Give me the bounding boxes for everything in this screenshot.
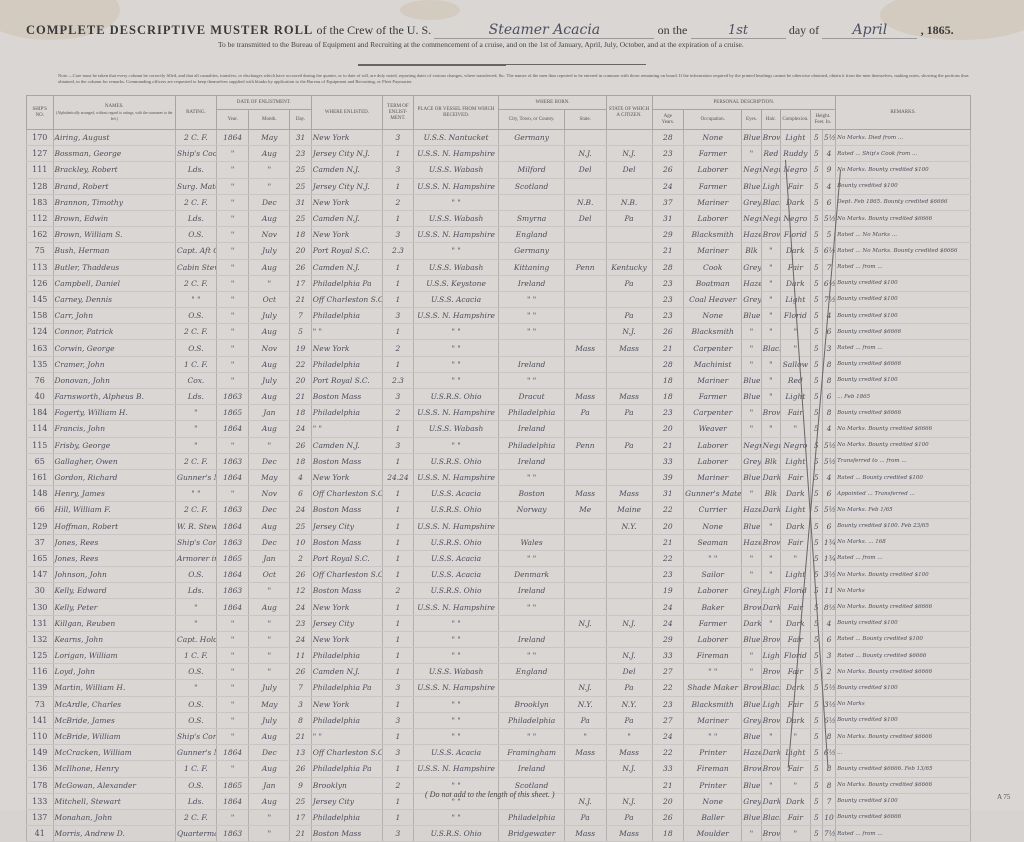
- table-row: 110McBride, WilliamShip's Corp."Aug21" "…: [27, 728, 971, 744]
- remarks-cell: No Marks. Bounty credited $6666: [836, 777, 971, 793]
- table-row: 30Kelly, EdwardLds.1863"12Boston Mass2U.…: [27, 583, 971, 599]
- year-cell: 1864: [216, 599, 249, 615]
- rating-cell: Lds.: [175, 210, 216, 226]
- birth-city-cell: [499, 194, 564, 210]
- table-row: 76Donovan, JohnCox."July20Port Royal S.C…: [27, 372, 971, 388]
- term-cell: 1: [383, 324, 414, 340]
- ships-no-cell: 178: [27, 777, 54, 793]
- col-date-of-enlistment: Date of Enlistment.: [216, 96, 311, 110]
- where-enlisted-cell: New York: [311, 696, 382, 712]
- where-enlisted-cell: Camden N.J.: [311, 162, 382, 178]
- term-cell: 1: [383, 599, 414, 615]
- where-enlisted-cell: Boston Mass: [311, 534, 382, 550]
- received-from-cell: U.S.S. Acacia: [413, 486, 499, 502]
- month-cell: ": [249, 615, 290, 631]
- col-city: City, Town, or County.: [499, 110, 564, 130]
- remarks-cell: Bounty credited $100: [836, 275, 971, 291]
- eyes-cell: ": [742, 648, 761, 664]
- birth-city-cell: [499, 340, 564, 356]
- eyes-cell: Brown: [742, 761, 761, 777]
- birth-state-cell: Mass: [564, 340, 606, 356]
- rating-cell: W. R. Steward: [175, 518, 216, 534]
- name-cell: Mitchell, Stewart: [53, 793, 175, 809]
- day-cell: 22: [290, 356, 311, 372]
- where-enlisted-cell: Jersey City N.J.: [311, 146, 382, 162]
- occupation-cell: Currier: [684, 502, 742, 518]
- received-from-cell: U.S.R.S. Ohio: [413, 502, 499, 518]
- day-cell: 19: [290, 340, 311, 356]
- remarks-cell: No Marks. Bounty credited $100: [836, 437, 971, 453]
- received-from-cell: " ": [413, 356, 499, 372]
- name-cell: Gallagher, Owen: [53, 453, 175, 469]
- age-cell: 27: [652, 664, 684, 680]
- birth-state-cell: N.J.: [564, 680, 606, 696]
- where-enlisted-cell: New York: [311, 130, 382, 146]
- year-cell: 1865: [216, 550, 249, 566]
- term-cell: 1: [383, 356, 414, 372]
- remarks-cell: ...: [836, 745, 971, 761]
- remarks-cell: Bounty credited $100: [836, 712, 971, 728]
- table-row: 148Henry, James" ""Nov6Off Charleston S.…: [27, 486, 971, 502]
- name-cell: Brown, William S.: [53, 227, 175, 243]
- hair-cell: Dark: [761, 793, 780, 809]
- where-enlisted-cell: Philadelphia: [311, 308, 382, 324]
- month-cell: ": [249, 178, 290, 194]
- height-inches-cell: 7: [822, 793, 835, 809]
- month-cell: Oct: [249, 567, 290, 583]
- col-complexion: Complexion.: [781, 110, 811, 130]
- where-enlisted-cell: " ": [311, 421, 382, 437]
- where-enlisted-cell: Camden N.J.: [311, 210, 382, 226]
- muster-roll-table: Ship's No. Names.(Alphabetically arrange…: [26, 95, 971, 810]
- received-from-cell: U.S.S. N. Hampshire: [413, 178, 499, 194]
- eyes-cell: ": [742, 567, 761, 583]
- where-enlisted-cell: New York: [311, 340, 382, 356]
- citizen-state-cell: [606, 453, 652, 469]
- height-feet-cell: 5: [810, 745, 822, 761]
- year-cell: ": [216, 227, 249, 243]
- received-from-cell: U.S.S. N. Hampshire: [413, 308, 499, 324]
- ships-no-cell: 116: [27, 664, 54, 680]
- ships-no-cell: 65: [27, 453, 54, 469]
- birth-city-cell: " ": [499, 599, 564, 615]
- remarks-cell: Rated ... No Marks ...: [836, 227, 971, 243]
- rating-cell: Surg. Mate: [175, 178, 216, 194]
- where-enlisted-cell: Boston Mass: [311, 453, 382, 469]
- birth-city-cell: Philadelphia: [499, 437, 564, 453]
- occupation-cell: Seaman: [684, 534, 742, 550]
- hair-cell: ": [761, 421, 780, 437]
- birth-city-cell: [499, 146, 564, 162]
- table-row: 112Brown, EdwinLds."Aug25Camden N.J.1U.S…: [27, 210, 971, 226]
- occupation-cell: Machinist: [684, 356, 742, 372]
- where-enlisted-cell: Camden N.J.: [311, 259, 382, 275]
- term-cell: 1: [383, 648, 414, 664]
- year-cell: ": [216, 162, 249, 178]
- eyes-cell: Blue: [742, 696, 761, 712]
- roll-body: 170Airing, August2 C. F.1864May31New Yor…: [27, 130, 971, 811]
- age-cell: 21: [652, 534, 684, 550]
- where-enlisted-cell: Port Royal S.C.: [311, 372, 382, 388]
- ships-no-cell: 161: [27, 469, 54, 485]
- rating-cell: O.S.: [175, 340, 216, 356]
- month-cell: Aug: [249, 356, 290, 372]
- complexion-cell: Light: [781, 745, 811, 761]
- citizen-state-cell: N.J.: [606, 761, 652, 777]
- name-cell: Gordon, Richard: [53, 469, 175, 485]
- year-cell: ": [216, 728, 249, 744]
- eyes-cell: Blue: [742, 178, 761, 194]
- day-cell: 10: [290, 534, 311, 550]
- height-inches-cell: 8: [822, 761, 835, 777]
- eyes-cell: ": [742, 340, 761, 356]
- where-enlisted-cell: Philadelphia: [311, 356, 382, 372]
- name-cell: Francis, John: [53, 421, 175, 437]
- rating-cell: O.S.: [175, 777, 216, 793]
- where-enlisted-cell: Philadelphia Pa: [311, 680, 382, 696]
- complexion-cell: Dark: [781, 518, 811, 534]
- age-cell: 29: [652, 631, 684, 647]
- birth-state-cell: Me: [564, 502, 606, 518]
- year-cell: ": [216, 696, 249, 712]
- citizen-state-cell: Kentucky: [606, 259, 652, 275]
- complexion-cell: Fair: [781, 534, 811, 550]
- hair-cell: ": [761, 615, 780, 631]
- complexion-cell: ": [781, 777, 811, 793]
- age-cell: 24: [652, 599, 684, 615]
- received-from-cell: U.S.R.S. Ohio: [413, 583, 499, 599]
- height-inches-cell: 6: [822, 518, 835, 534]
- birth-city-cell: " ": [499, 308, 564, 324]
- where-enlisted-cell: Philadelphia: [311, 648, 382, 664]
- term-cell: 2.3: [383, 372, 414, 388]
- birth-city-cell: Scotland: [499, 178, 564, 194]
- height-inches-cell: 4: [822, 615, 835, 631]
- birth-state-cell: [564, 308, 606, 324]
- occupation-cell: Blacksmith: [684, 324, 742, 340]
- col-day: Day.: [290, 110, 311, 130]
- age-cell: 21: [652, 777, 684, 793]
- occupation-cell: " ": [684, 664, 742, 680]
- month-cell: Nov: [249, 227, 290, 243]
- month-cell: Aug: [249, 761, 290, 777]
- day-cell: 11: [290, 648, 311, 664]
- term-cell: 1: [383, 453, 414, 469]
- received-from-cell: " ": [413, 372, 499, 388]
- years-label: Years.: [654, 120, 683, 126]
- age-cell: 28: [652, 259, 684, 275]
- hair-cell: Dark: [761, 469, 780, 485]
- month-cell: Aug: [249, 259, 290, 275]
- complexion-cell: Fair: [781, 178, 811, 194]
- occupation-cell: Mariner: [684, 372, 742, 388]
- birth-city-cell: Ireland: [499, 761, 564, 777]
- rating-cell: " ": [175, 291, 216, 307]
- where-enlisted-cell: Philadelphia: [311, 405, 382, 421]
- birth-state-cell: Pa: [564, 712, 606, 728]
- citizen-state-cell: [606, 372, 652, 388]
- received-from-cell: U.S.S. N. Hampshire: [413, 518, 499, 534]
- rating-cell: Ship's Corp.: [175, 728, 216, 744]
- term-cell: 2: [383, 777, 414, 793]
- year-cell: 1865: [216, 777, 249, 793]
- name-cell: Connor, Patrick: [53, 324, 175, 340]
- year-cell: 1863: [216, 534, 249, 550]
- age-cell: 23: [652, 275, 684, 291]
- ships-no-cell: 149: [27, 745, 54, 761]
- month-cell: Dec: [249, 194, 290, 210]
- page-code: A 75: [997, 793, 1010, 801]
- citizen-state-cell: Pa: [606, 308, 652, 324]
- divider: [506, 64, 646, 65]
- where-enlisted-cell: Jersey City: [311, 518, 382, 534]
- term-cell: 1: [383, 793, 414, 809]
- remarks-cell: No Marks. Bounty credited $6666: [836, 421, 971, 437]
- subtitle: To be transmitted to the Bureau of Equip…: [218, 40, 744, 49]
- year-cell: ": [216, 243, 249, 259]
- eyes-cell: Negro: [742, 162, 761, 178]
- occupation-cell: Cook: [684, 259, 742, 275]
- height-feet-cell: 5: [810, 777, 822, 793]
- term-cell: 1: [383, 550, 414, 566]
- hair-cell: ": [761, 518, 780, 534]
- remarks-cell: No Marks: [836, 696, 971, 712]
- term-cell: 2.3: [383, 243, 414, 259]
- hair-cell: Brown: [761, 534, 780, 550]
- term-cell: 2: [383, 583, 414, 599]
- name-cell: Brackley, Robert: [53, 162, 175, 178]
- ships-no-cell: 183: [27, 194, 54, 210]
- year-cell: ": [216, 648, 249, 664]
- footer-note: ( Do not add to the length of this sheet…: [425, 790, 555, 799]
- birth-city-cell: Ireland: [499, 583, 564, 599]
- citizen-state-cell: N.J.: [606, 324, 652, 340]
- month-cell: ": [249, 648, 290, 664]
- occupation-cell: Farmer: [684, 146, 742, 162]
- height-inches-cell: 9: [822, 162, 835, 178]
- table-row: 149McCracken, WilliamGunner's Mate1864De…: [27, 745, 971, 761]
- name-cell: Fogerty, William H.: [53, 405, 175, 421]
- month-cell: Aug: [249, 599, 290, 615]
- birth-state-cell: [564, 567, 606, 583]
- rating-cell: Lds.: [175, 389, 216, 405]
- eyes-cell: Dark: [742, 615, 761, 631]
- remarks-cell: Bounty credited $100: [836, 308, 971, 324]
- age-cell: 28: [652, 130, 684, 146]
- birth-city-cell: England: [499, 227, 564, 243]
- received-from-cell: " ": [413, 631, 499, 647]
- where-enlisted-cell: Camden N.J.: [311, 437, 382, 453]
- where-enlisted-cell: Brooklyn: [311, 777, 382, 793]
- received-from-cell: U.S.S. Nantucket: [413, 130, 499, 146]
- complexion-cell: Sallow: [781, 356, 811, 372]
- ships-no-cell: 112: [27, 210, 54, 226]
- hair-cell: Brown: [761, 405, 780, 421]
- occupation-cell: Laborer: [684, 437, 742, 453]
- term-cell: 1: [383, 146, 414, 162]
- eyes-cell: Blue: [742, 777, 761, 793]
- birth-state-cell: ": [564, 728, 606, 744]
- term-cell: 1: [383, 421, 414, 437]
- month-cell: Aug: [249, 210, 290, 226]
- where-enlisted-cell: Jersey City: [311, 615, 382, 631]
- height-inches-cell: 1¾: [822, 534, 835, 550]
- ships-no-cell: 75: [27, 243, 54, 259]
- day-cell: 21: [290, 728, 311, 744]
- year-cell: ": [216, 291, 249, 307]
- term-cell: 1: [383, 259, 414, 275]
- height-inches-cell: 5½: [822, 453, 835, 469]
- height-feet-cell: 5: [810, 178, 822, 194]
- birth-state-cell: [564, 291, 606, 307]
- ships-no-cell: 129: [27, 518, 54, 534]
- complexion-cell: Dark: [781, 793, 811, 809]
- day-cell: 24: [290, 421, 311, 437]
- birth-state-cell: Mass: [564, 389, 606, 405]
- complexion-cell: Negro: [781, 210, 811, 226]
- citizen-state-cell: [606, 583, 652, 599]
- birth-city-cell: [499, 680, 564, 696]
- occupation-cell: Laborer: [684, 631, 742, 647]
- birth-state-cell: [564, 583, 606, 599]
- day-cell: 9: [290, 777, 311, 793]
- height-inches-cell: 5½: [822, 680, 835, 696]
- citizen-state-cell: [606, 599, 652, 615]
- height-feet-cell: 5: [810, 259, 822, 275]
- month-cell: July: [249, 372, 290, 388]
- occupation-cell: Printer: [684, 745, 742, 761]
- name-cell: Hill, William F.: [53, 502, 175, 518]
- age-cell: 22: [652, 502, 684, 518]
- month-cell: ": [249, 437, 290, 453]
- col-age: AgeYears.: [652, 110, 684, 130]
- occupation-cell: Mariner: [684, 194, 742, 210]
- day-cell: 24: [290, 599, 311, 615]
- age-cell: 22: [652, 550, 684, 566]
- rating-cell: 2 C. F.: [175, 453, 216, 469]
- rating-cell: Capt. Hold: [175, 631, 216, 647]
- citizen-state-cell: [606, 777, 652, 793]
- ships-no-cell: 135: [27, 356, 54, 372]
- age-cell: 24: [652, 178, 684, 194]
- rating-cell: Armorer in Charge: [175, 550, 216, 566]
- ships-no-cell: 145: [27, 291, 54, 307]
- year-cell: 1863: [216, 583, 249, 599]
- term-cell: 3: [383, 680, 414, 696]
- term-cell: 1: [383, 615, 414, 631]
- ships-no-cell: 113: [27, 259, 54, 275]
- citizen-state-cell: Maine: [606, 502, 652, 518]
- day-cell: 5: [290, 324, 311, 340]
- ships-no-cell: 115: [27, 437, 54, 453]
- day-cell: 4: [290, 469, 311, 485]
- height-feet-cell: 5: [810, 712, 822, 728]
- where-enlisted-cell: Jersey City: [311, 793, 382, 809]
- col-rating: Rating.: [175, 96, 216, 130]
- height-inches-cell: 6: [822, 194, 835, 210]
- height-feet-cell: 5: [810, 405, 822, 421]
- age-cell: 26: [652, 324, 684, 340]
- citizen-state-cell: N.Y.: [606, 696, 652, 712]
- name-cell: Jones, Rees: [53, 534, 175, 550]
- table-row: 73McArdle, CharlesO.S."May3New York1" "B…: [27, 696, 971, 712]
- year-cell: 1864: [216, 745, 249, 761]
- name-cell: McCracken, William: [53, 745, 175, 761]
- month-cell: May: [249, 130, 290, 146]
- ships-no-cell: 114: [27, 421, 54, 437]
- year-cell: ": [216, 194, 249, 210]
- citizen-state-cell: Mass: [606, 340, 652, 356]
- name-cell: McGowan, Alexander: [53, 777, 175, 793]
- table-row: 40Farnsworth, Alpheus B.Lds.1863Aug21Bos…: [27, 389, 971, 405]
- height-inches-cell: 8: [822, 372, 835, 388]
- day-cell: 24: [290, 631, 311, 647]
- eyes-cell: ": [742, 550, 761, 566]
- rating-cell: 2 C. F.: [175, 275, 216, 291]
- month-cell: Nov: [249, 340, 290, 356]
- citizen-state-cell: Pa: [606, 210, 652, 226]
- table-row: 136McIlhone, Henry1 C. F."Aug26Philadelp…: [27, 761, 971, 777]
- height-inches-cell: 11: [822, 583, 835, 599]
- rating-cell: Cox.: [175, 372, 216, 388]
- occupation-cell: Weaver: [684, 421, 742, 437]
- col-ships-no: Ship's No.: [27, 96, 54, 130]
- height-inches-cell: 6½: [822, 745, 835, 761]
- hair-cell: Blk: [761, 453, 780, 469]
- height-feet-cell: 5: [810, 194, 822, 210]
- hair-cell: ": [761, 356, 780, 372]
- year-cell: ": [216, 631, 249, 647]
- col-state: State.: [564, 110, 606, 130]
- birth-city-cell: Philadelphia: [499, 405, 564, 421]
- name-cell: Frisby, George: [53, 437, 175, 453]
- hair-cell: ": [761, 567, 780, 583]
- month-cell: May: [249, 696, 290, 712]
- ships-no-cell: 165: [27, 550, 54, 566]
- age-cell: 22: [652, 680, 684, 696]
- year-cell: ": [216, 680, 249, 696]
- table-row: 183Brannon, Timothy2 C. F."Dec31New York…: [27, 194, 971, 210]
- height-inches-cell: 4: [822, 469, 835, 485]
- ships-no-cell: 130: [27, 599, 54, 615]
- complexion-cell: Light: [781, 502, 811, 518]
- eyes-cell: Blue: [742, 389, 761, 405]
- age-cell: 24: [652, 615, 684, 631]
- table-row: 162Brown, William S.O.S."Nov18New York3U…: [27, 227, 971, 243]
- eyes-cell: Grey: [742, 291, 761, 307]
- remarks-cell: No Marks. ... 168: [836, 534, 971, 550]
- birth-state-cell: N.Y.: [564, 696, 606, 712]
- complexion-cell: ": [781, 728, 811, 744]
- hair-cell: Brown: [761, 227, 780, 243]
- where-enlisted-cell: Philadelphia Pa: [311, 275, 382, 291]
- birth-state-cell: [564, 453, 606, 469]
- term-cell: 1: [383, 486, 414, 502]
- table-row: 131Killgan, Reuben"""23Jersey City1" "N.…: [27, 615, 971, 631]
- names-sub-label: (Alphabetically arranged, without regard…: [55, 110, 174, 122]
- occupation-cell: Mariner: [684, 469, 742, 485]
- height-feet-cell: 5: [810, 324, 822, 340]
- name-cell: McIlhone, Henry: [53, 761, 175, 777]
- year-cell: ": [216, 178, 249, 194]
- year-cell: 1864: [216, 130, 249, 146]
- year-cell: ": [216, 664, 249, 680]
- term-cell: 2: [383, 194, 414, 210]
- col-state-citizen: State of which a Citizen.: [606, 96, 652, 130]
- citizen-state-cell: Pa: [606, 680, 652, 696]
- where-enlisted-cell: Port Royal S.C.: [311, 550, 382, 566]
- citizen-state-cell: N.J.: [606, 146, 652, 162]
